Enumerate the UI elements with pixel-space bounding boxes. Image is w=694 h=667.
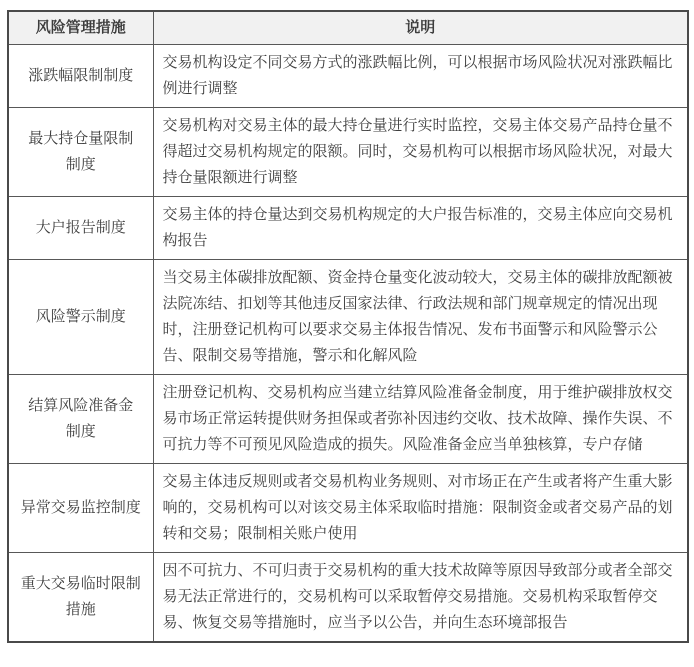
table-row: 风险警示制度 当交易主体碳排放配额、资金持仓量变化波动较大，交易主体的碳排放配额…: [8, 259, 688, 374]
description-cell-major-trade-temp-restriction: 因不可抗力、不可归责于交易机构的重大技术故障等原因导致部分或者全部交易无法正常进…: [153, 552, 688, 642]
measure-cell-large-holder-report: 大户报告制度: [8, 196, 153, 259]
table-row: 重大交易临时限制 措施 因不可抗力、不可归责于交易机构的重大技术故障等原因导致部…: [8, 552, 688, 642]
measure-cell-major-trade-temp-restriction: 重大交易临时限制 措施: [8, 552, 153, 642]
measure-cell-settlement-reserve: 结算风险准备金 制度: [8, 374, 153, 463]
table-row: 结算风险准备金 制度 注册登记机构、交易机构应当建立结算风险准备金制度，用于维护…: [8, 374, 688, 463]
header-measure: 风险管理措施: [8, 11, 153, 44]
header-description: 说明: [153, 11, 688, 44]
measure-cell-max-position: 最大持仓量限制 制度: [8, 107, 153, 196]
measure-cell-risk-warning: 风险警示制度: [8, 259, 153, 374]
table-row: 大户报告制度 交易主体的持仓量达到交易机构规定的大户报告标准的，交易主体应向交易…: [8, 196, 688, 259]
document-page: 风险管理措施 说明 涨跌幅限制制度 交易机构设定不同交易方式的涨跌幅比例，可以根…: [0, 0, 694, 667]
description-cell-risk-warning: 当交易主体碳排放配额、资金持仓量变化波动较大，交易主体的碳排放配额被法院冻结、扣…: [153, 259, 688, 374]
risk-measures-table: 风险管理措施 说明 涨跌幅限制制度 交易机构设定不同交易方式的涨跌幅比例，可以根…: [7, 10, 689, 643]
header-row: 风险管理措施 说明: [8, 11, 688, 44]
description-cell-settlement-reserve: 注册登记机构、交易机构应当建立结算风险准备金制度，用于维护碳排放权交易市场正常运…: [153, 374, 688, 463]
description-cell-max-position: 交易机构对交易主体的最大持仓量进行实时监控，交易主体交易产品持仓量不得超过交易机…: [153, 107, 688, 196]
description-cell-large-holder-report: 交易主体的持仓量达到交易机构规定的大户报告标准的，交易主体应向交易机构报告: [153, 196, 688, 259]
description-cell-price-limit: 交易机构设定不同交易方式的涨跌幅比例，可以根据市场风险状况对涨跌幅比例进行调整: [153, 44, 688, 107]
table-row: 涨跌幅限制制度 交易机构设定不同交易方式的涨跌幅比例，可以根据市场风险状况对涨跌…: [8, 44, 688, 107]
table-row: 异常交易监控制度 交易主体违反规则或者交易机构业务规则、对市场正在产生或者将产生…: [8, 463, 688, 552]
table-row: 最大持仓量限制 制度 交易机构对交易主体的最大持仓量进行实时监控，交易主体交易产…: [8, 107, 688, 196]
measure-cell-price-limit: 涨跌幅限制制度: [8, 44, 153, 107]
measure-cell-abnormal-trade-monitor: 异常交易监控制度: [8, 463, 153, 552]
description-cell-abnormal-trade-monitor: 交易主体违反规则或者交易机构业务规则、对市场正在产生或者将产生重大影响的，交易机…: [153, 463, 688, 552]
